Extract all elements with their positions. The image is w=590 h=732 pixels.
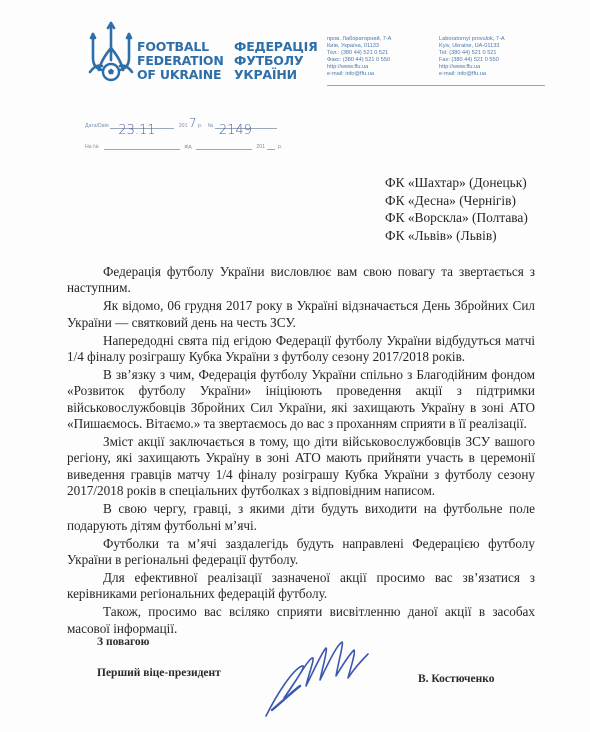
signature-icon (262, 636, 372, 720)
body-paragraph: Для ефективної реалізації зазначеної акц… (67, 570, 535, 603)
fax-line: Факс: (380 44) 521 0 550 (327, 57, 391, 64)
website-link[interactable]: http://www.ffu.ua (439, 64, 505, 71)
recipient: ФК «Ворскла» (Полтава) (385, 209, 528, 227)
handwritten-date: 23.11 (118, 123, 155, 138)
body-paragraph: Федерація футболу України висловлює вам … (67, 264, 535, 297)
recipient: ФК «Шахтар» (Донецьк) (385, 174, 528, 192)
header-divider (327, 85, 545, 86)
ref-number-field (104, 142, 180, 150)
number-label: № (208, 123, 214, 129)
body-paragraph: Зміст акції заключається в тому, що діти… (67, 434, 535, 500)
contact-block-en: Laboratornyi provulok, 7-A Kyiv, Ukraine… (439, 36, 505, 79)
recipients-list: ФК «Шахтар» (Донецьк) ФК «Десна» (Черніг… (385, 174, 528, 244)
contact-block-ua: пров. Лабораторний, 7-А Київ, Україна, 0… (327, 36, 391, 79)
phone-line: Tel: (380 44) 521 0 521 (439, 50, 505, 57)
address-line: Laboratornyi provulok, 7-A (439, 36, 505, 43)
city-line: Київ, Україна, 01133 (327, 43, 391, 50)
phone-line: Тел.: (380 44) 521 0 521 (327, 50, 391, 57)
handwritten-number: 2149 (219, 123, 252, 138)
letter-body: Федерація футболу України висловлює вам … (67, 264, 535, 638)
org-name-ua-line: ФУТБОЛУ (234, 54, 318, 68)
recipient: ФК «Львів» (Львів) (385, 227, 528, 245)
registration-ref-row: На № від 201 р. (85, 142, 282, 150)
city-line: Kyiv, Ukraine, UA-01133 (439, 43, 505, 50)
body-paragraph: В свою чергу, гравці, з якими діти будут… (67, 501, 535, 534)
org-name-en-line: FOOTBALL (137, 40, 224, 54)
org-name-ua: ФЕДЕРАЦІЯ ФУТБОЛУ УКРАЇНИ (234, 40, 318, 82)
org-name-en: FOOTBALL FEDERATION OF UKRAINE (137, 40, 224, 82)
date-field: 23.11 (110, 121, 174, 129)
address-line: пров. Лабораторний, 7-А (327, 36, 391, 43)
recipient: ФК «Десна» (Чернігів) (385, 192, 528, 210)
body-paragraph: Як відомо, 06 грудня 2017 року в Україні… (67, 298, 535, 331)
ref-year-field (267, 142, 275, 150)
body-paragraph: Також, просимо вас всіляко сприяти висві… (67, 604, 535, 637)
website-link[interactable]: http://www.ffu.ua (327, 64, 391, 71)
year-prefix: 201 (179, 123, 188, 129)
email-link[interactable]: e-mail: info@ffu.ua (439, 71, 505, 78)
ref-label: На № (85, 144, 99, 150)
org-name-en-line: FEDERATION (137, 54, 224, 68)
number-field: 2149 (215, 121, 277, 129)
ref-year-suffix: р. (278, 144, 282, 150)
date-label: Дата/Date (85, 123, 109, 129)
ref-date-field (196, 142, 252, 150)
org-name-ua-line: ФЕДЕРАЦІЯ (234, 40, 318, 54)
ref-year-prefix: 201 (256, 144, 265, 150)
body-paragraph: Футболки та м’ячі заздалегідь будуть нап… (67, 536, 535, 569)
email-link[interactable]: e-mail: info@ffu.ua (327, 71, 391, 78)
year-suffix: р. (198, 123, 202, 129)
org-name-ua-line: УКРАЇНИ (234, 68, 318, 82)
official-letter: FOOTBALL FEDERATION OF UKRAINE ФЕДЕРАЦІЯ… (0, 0, 590, 732)
ffu-trident-logo-icon (86, 20, 136, 84)
handwritten-year: 7 (189, 116, 197, 130)
fax-line: Fax: (380 44) 521 0 550 (439, 57, 505, 64)
from-label: від (185, 144, 192, 150)
body-paragraph: В зв’язку з чим, Федерація футболу Украї… (67, 367, 535, 433)
registration-date-row: Дата/Date 23.11 201 7 р. № 2149 (85, 115, 277, 129)
body-paragraph: Напередодні свята під егідою Федерації ф… (67, 333, 535, 366)
signer-name: В. Костюченко (418, 673, 494, 685)
org-name-en-line: OF UKRAINE (137, 68, 224, 82)
signer-position: Перший віце-президент (97, 667, 221, 679)
closing-regards: З повагою (97, 636, 149, 648)
